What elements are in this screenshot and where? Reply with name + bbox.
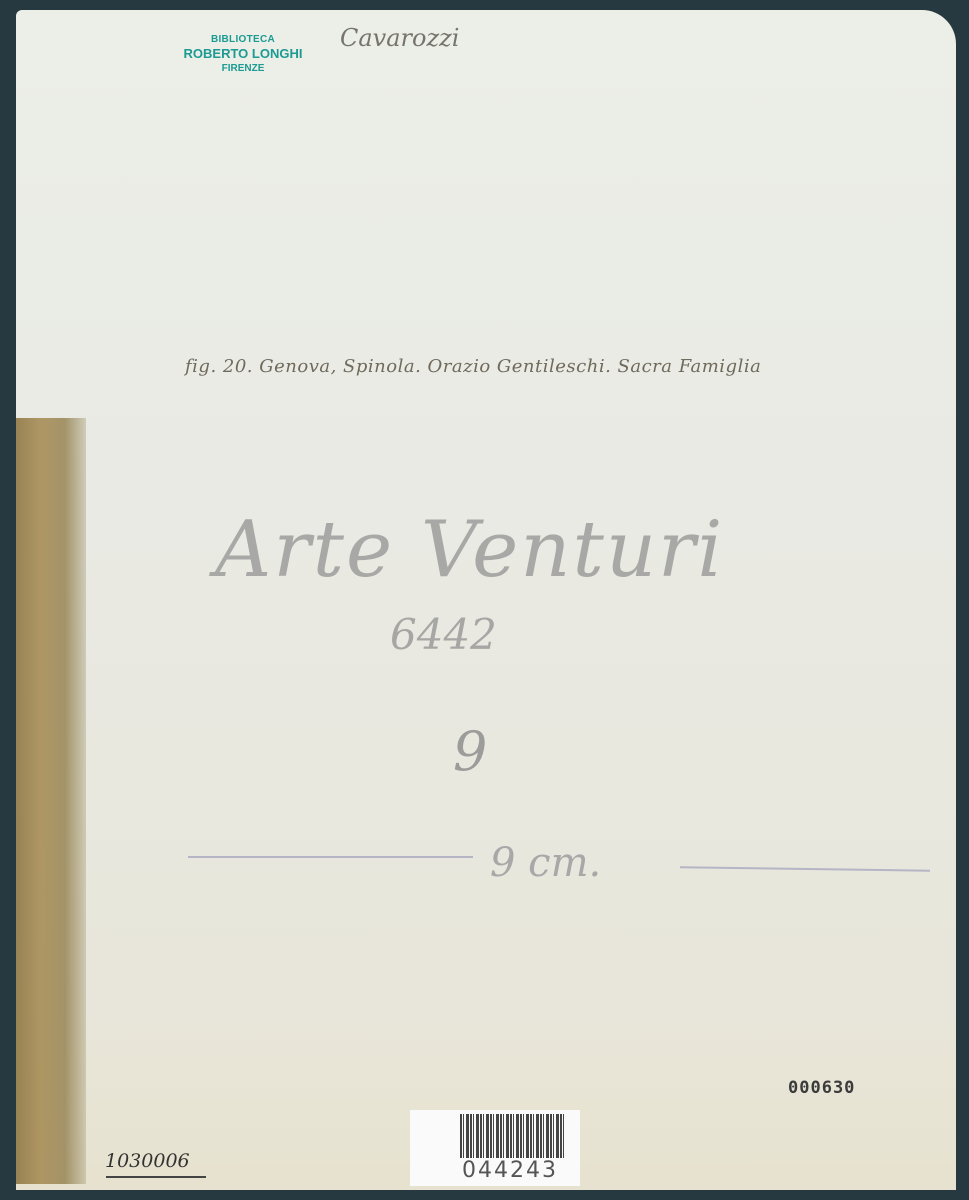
barcode-number: 044243: [462, 1158, 558, 1183]
pencil-mark: 9: [453, 720, 487, 783]
scale-line-left: [188, 856, 473, 858]
library-stamp: BIBLIOTECA ROBERTO LONGHI FIRENZE: [178, 34, 308, 74]
shelf-mark-underline: [106, 1176, 206, 1178]
barcode-bars: [460, 1114, 564, 1158]
artist-annotation: Cavarozzi: [340, 24, 459, 52]
source-number: 6442: [390, 610, 497, 659]
inventory-number: 000630: [788, 1078, 855, 1098]
stamp-line-2: ROBERTO LONGHI: [178, 46, 308, 61]
photo-verso-sheet: [16, 10, 956, 1190]
shelf-mark: 1030006: [105, 1150, 190, 1172]
source-annotation: Arte Venturi: [215, 505, 724, 595]
binding-tape: [16, 418, 86, 1184]
stamp-line-1: BIBLIOTECA: [178, 34, 308, 45]
caption-annotation: fig. 20. Genova, Spinola. Orazio Gentile…: [185, 356, 761, 377]
stamp-line-3: FIRENZE: [178, 63, 308, 74]
scale-label: 9 cm.: [490, 840, 601, 886]
barcode-label: 044243: [410, 1110, 580, 1186]
